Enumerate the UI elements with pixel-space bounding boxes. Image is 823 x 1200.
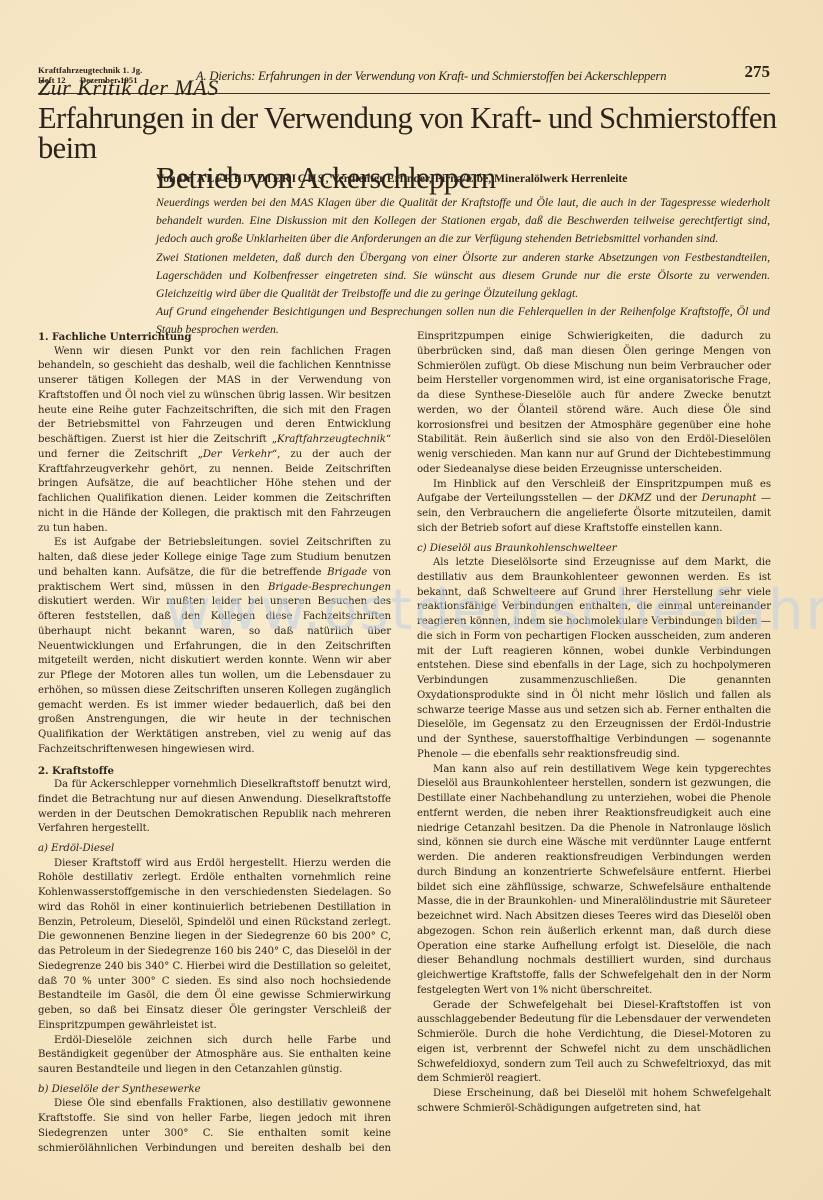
- body-paragraph: Gerade der Schwefelgehalt bei Diesel-Kra…: [417, 999, 771, 1088]
- column-right: Einspritzpumpen einige Schwierigkeiten, …: [417, 330, 771, 1117]
- abstract: Neuerdings werden bei den MAS Klagen übe…: [156, 194, 770, 340]
- body-paragraph: Wenn wir diesen Punkt vor den rein fachl…: [38, 345, 391, 537]
- body-paragraph: Erdöl-Dieselöle zeichnen sich durch hell…: [38, 1034, 391, 1078]
- kicker: Zur Kritik der MAS: [38, 75, 219, 101]
- body-paragraph: Diese Öle sind ebenfalls Fraktionen, als…: [38, 1097, 391, 1156]
- abstract-paragraph: Neuerdings werden bei den MAS Klagen übe…: [156, 194, 770, 249]
- section-heading: 2. Kraftstoffe: [38, 764, 391, 779]
- body-paragraph: Es ist Aufgabe der Betriebsleitungen. so…: [38, 536, 391, 757]
- subsection-heading: a) Erdöl-Diesel: [38, 842, 391, 857]
- body-paragraph: Da für Ackerschlepper vornehmlich Diesel…: [38, 778, 391, 837]
- abstract-paragraph: Zwei Stationen meldeten, daß durch den Ü…: [156, 249, 770, 304]
- title-line-1: Erfahrungen in der Verwendung von Kraft-…: [38, 101, 776, 165]
- subsection-heading: b) Dieselöle der Synthesewerke: [38, 1083, 391, 1098]
- body-paragraph: Dieser Kraftstoff wird aus Erdöl hergest…: [38, 857, 391, 1034]
- byline: Von Dr. ALFRED DIERICHS, Verdienter Erfi…: [156, 172, 627, 185]
- author-affiliation: , Verdienter Erfinder, Pirna/Elbe, Miner…: [326, 172, 628, 185]
- page-number: 275: [745, 62, 771, 82]
- byline-prefix: Von Dr.: [156, 172, 194, 185]
- body-paragraph: Diese Erscheinung, daß bei Dieselöl mit …: [417, 1087, 771, 1117]
- body-paragraph: Als letzte Dieselölsorte sind Erzeugniss…: [417, 556, 771, 763]
- body-paragraph: Im Hinblick auf den Verschleiß der Einsp…: [417, 478, 771, 537]
- subsection-heading: c) Dieselöl aus Braunkohlenschwelteer: [417, 542, 771, 557]
- body-paragraph-continued: Einspritzpumpen einige Schwierigkeiten, …: [417, 330, 771, 478]
- column-left: 1. Fachliche Unterrichtung Wenn wir dies…: [38, 330, 391, 1156]
- article-reference: A. Dierichs: Erfahrungen in der Verwendu…: [196, 69, 666, 84]
- author-name: ALFRED DIERICHS: [197, 172, 326, 185]
- body-paragraph: Man kann also auf rein destillativem Weg…: [417, 763, 771, 999]
- section-heading: 1. Fachliche Unterrichtung: [38, 330, 391, 345]
